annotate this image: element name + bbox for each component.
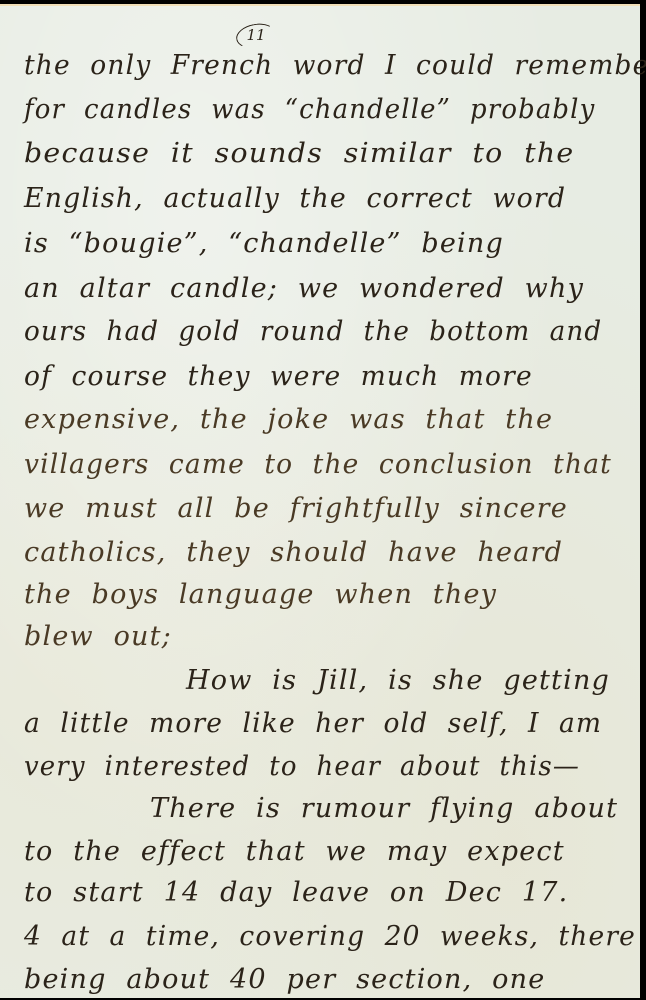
handwritten-line: to the effect that we may expect (24, 836, 565, 867)
handwritten-line: of course they were much more (24, 361, 533, 392)
handwritten-line: How is Jill, is she getting (186, 665, 610, 696)
letter-page: 11 the only French word I could remember… (0, 4, 640, 998)
handwritten-line: 4 at a time, covering 20 weeks, there (24, 921, 636, 952)
handwritten-line: There is rumour flying about (150, 793, 618, 824)
handwritten-line: catholics, they should have heard (24, 537, 563, 568)
handwritten-line: blew out; (24, 621, 172, 652)
handwritten-line: to start 14 day leave on Dec 17. (24, 877, 568, 908)
handwritten-line: very interested to hear about this— (24, 751, 580, 782)
handwritten-line: villagers came to the conclusion that (24, 449, 612, 480)
handwritten-line: English, actually the correct word (24, 183, 566, 214)
handwritten-line: the only French word I could remember (24, 50, 646, 81)
handwritten-line: a little more like her old self, I am (24, 708, 602, 739)
handwritten-line: being about 40 per section, one (24, 964, 545, 995)
handwritten-line: is “bougie”, “chandelle” being (24, 228, 504, 259)
handwritten-line: the boys language when they (24, 579, 497, 610)
handwritten-line: because it sounds similar to the (24, 138, 574, 169)
handwritten-line: for candles was “chandelle” probably (24, 94, 595, 125)
page-number: 11 (234, 24, 278, 46)
handwritten-line: expensive, the joke was that the (24, 404, 553, 435)
handwritten-line: ours had gold round the bottom and (24, 316, 602, 347)
handwritten-line: an altar candle; we wondered why (24, 273, 584, 304)
handwritten-line: we must all be frightfully sincere (24, 493, 568, 524)
